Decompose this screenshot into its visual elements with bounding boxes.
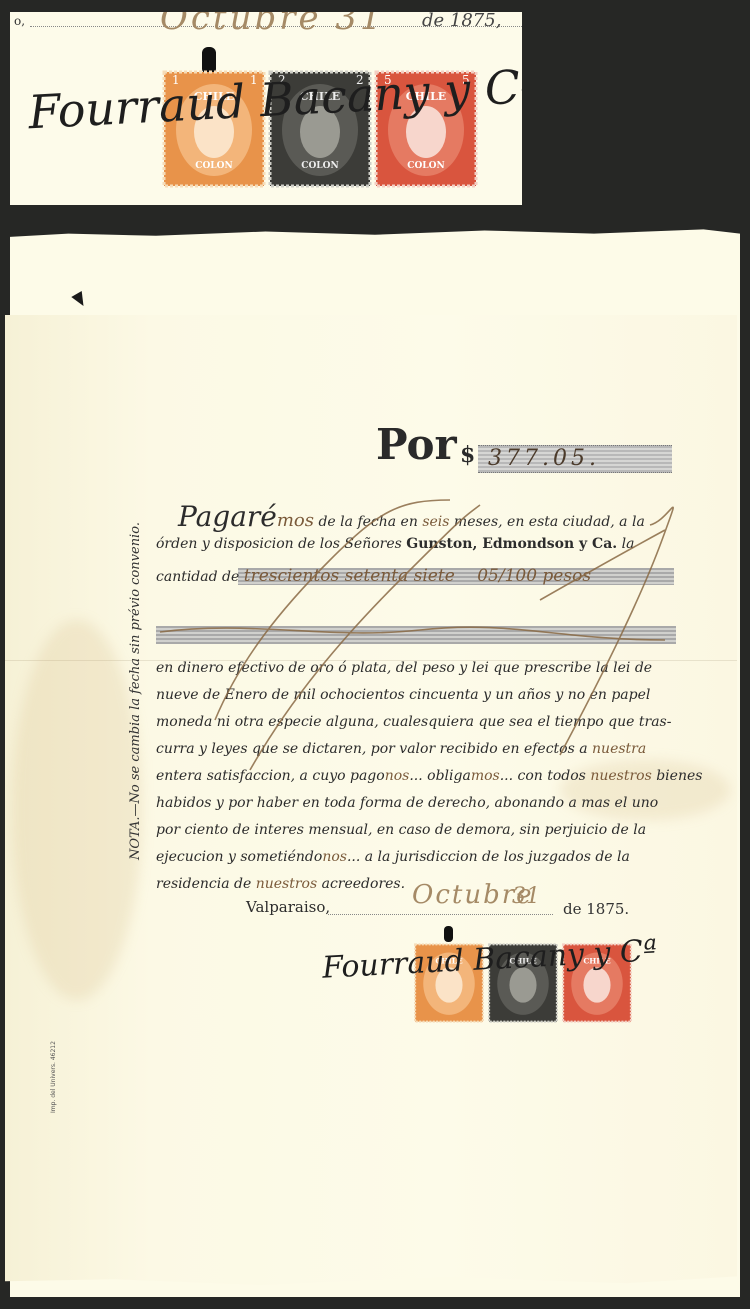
line-text: ... a la jurisdiccion de los juzgados de… [347,849,630,865]
date-dotted-rule [328,914,553,915]
line-text: habidos y por haber en toda forma de der… [156,795,658,815]
line-text: órden y disposicion de los Señores [156,536,406,552]
line-hw: mos [471,768,500,784]
printer-imprint: Imp. del Univers. 46212 [50,1041,57,1113]
amount-field: 377.05. [478,445,672,473]
line-text: acreedores. [317,876,405,892]
amount-words: trescientos setenta siete [244,566,455,586]
svg-text:COLON: COLON [407,161,444,171]
line-text: la [617,536,634,552]
line-text: meses, en esta ciudad, a la [449,514,644,530]
svg-text:COLON: COLON [195,161,232,171]
line-text: cantidad de [156,569,244,585]
line-text: en dinero efectivo de oro ó plata, del p… [156,660,652,680]
line-text: bienes [652,768,703,784]
place-label: Valparaiso, [246,898,330,916]
line-text: por ciento de interes mensual, en caso d… [156,822,646,842]
pagaremos-hw: mos [277,510,314,531]
line-hw: nos [385,768,410,784]
inset-handwritten-date: Octubre 31 [160,12,385,38]
por-heading: Por [376,424,457,466]
currency-symbol: $ [460,442,475,468]
inset-year: de 1875, [422,12,501,31]
line-hw: nuestros [256,876,317,892]
line-text: nueve de Enero de mil ochocientos cincue… [156,687,650,707]
line-hw: seis [422,514,449,530]
line-text: ... con todos [500,768,591,784]
amount-words-bar-2 [156,626,676,644]
line-text: de la fecha en [318,514,422,530]
inset-lead-text: o, [14,14,25,28]
svg-text:COLON: COLON [301,161,338,171]
amount-value: 377.05. [488,446,600,471]
line-text: residencia de [156,876,256,892]
date-year: de 1875. [563,900,629,918]
nota-vertical: NOTA.—No se cambia la fecha sin prévio c… [128,522,143,860]
payee-name: Gunston, Edmondson y Ca. [406,536,617,552]
line-text: curra y leyes que se dictaren, por valor… [156,741,592,757]
age-stain [12,620,142,1000]
date-day: 31 [512,884,540,909]
inset-date-line: o, Octubre 31 de 1875, [10,12,522,34]
line-text: moneda ni otra especie alguna, cualesqui… [156,714,671,734]
line-hw: nuestros [590,768,651,784]
line-text: ejecucion y sometiéndo [156,849,322,865]
stamp-detail-inset: o, Octubre 31 de 1875, CHILE COLON 1 1 C… [10,12,522,205]
line-hw: nuestra [592,741,646,757]
line-text: ... obliga [409,768,470,784]
line-text: entera satisfaccion, a cuyo pago [156,768,385,784]
amount-cents: 05/100 pesos [477,566,591,586]
ink-blot [444,926,453,942]
pagaremos-print: Pagaré [178,500,277,533]
line-hw: nos [322,849,347,865]
